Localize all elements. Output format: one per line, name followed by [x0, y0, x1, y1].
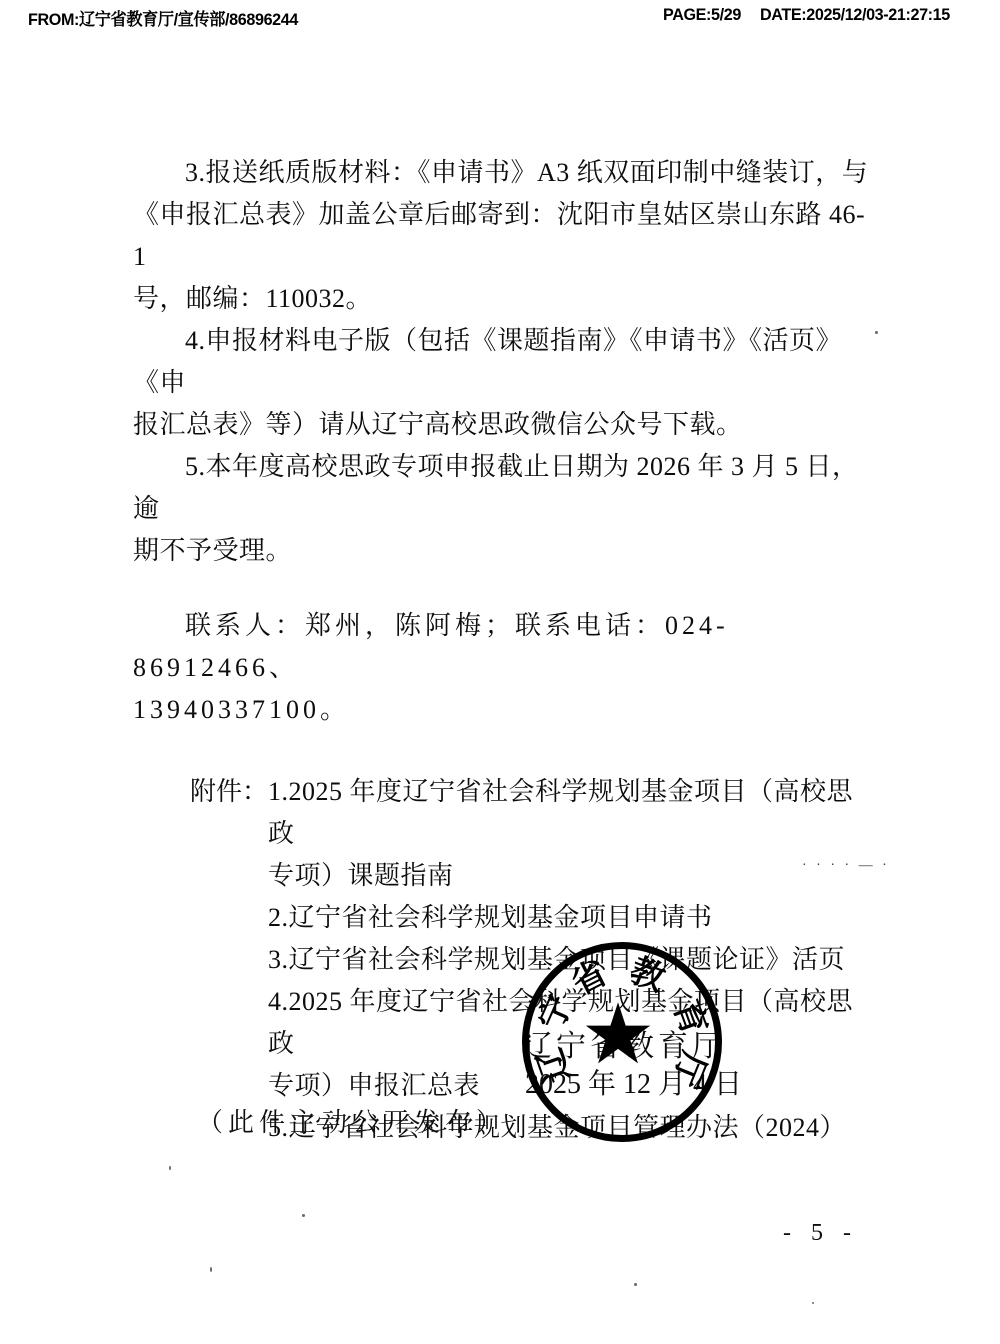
paragraph-contact-info: 联系人：郑州，陈阿梅；联系电话：024-86912466、 1394033710…: [133, 605, 872, 731]
scan-speck: [169, 1166, 171, 1170]
scan-speck: [302, 1214, 305, 1217]
attachment-item-1: 1.2025 年度辽宁省社会科学规划基金项目（高校思政 专项）课题指南: [268, 771, 872, 897]
paragraph-deadline: 5.本年度高校思政专项申报截止日期为 2026 年 3 月 5 日，逾 期不予受…: [133, 446, 872, 572]
scan-speck: [875, 331, 878, 334]
attachments-block: 附件： 1.2025 年度辽宁省社会科学规划基金项目（高校思政 专项）课题指南 …: [133, 771, 872, 1149]
fax-datetime: DATE:2025/12/03-21:27:15: [760, 5, 950, 25]
scan-speck: [634, 1283, 637, 1286]
blank-line: [133, 731, 872, 771]
scan-speck: [210, 1267, 212, 1272]
attachments-label: 附件：: [190, 771, 268, 1149]
public-release-note: （此件主动公开发布）: [197, 1102, 507, 1139]
paragraph-mailing-instructions: 3.报送纸质版材料：《申请书》A3 纸双面印制中缝装订，与 《申报汇总表》加盖公…: [133, 152, 872, 320]
star-icon: ★: [576, 992, 660, 1076]
blank-line: [133, 572, 872, 605]
fax-page-indicator: PAGE:5/29: [663, 5, 741, 25]
scan-artifact-dashes: · · · · — ·: [802, 858, 912, 874]
paragraph-electronic-materials: 4.申报材料电子版（包括《课题指南》《申请书》《活页》《申 报汇总表》等）请从辽…: [133, 320, 872, 446]
page-number: - 5 -: [783, 1220, 858, 1247]
scan-speck: [812, 1302, 814, 1304]
fax-document-page: FROM:辽宁省教育厅/宣传部/86896244 PAGE:5/29 DATE:…: [0, 0, 1000, 1344]
attachment-item-2: 2.辽宁省社会科学规划基金项目申请书: [268, 897, 872, 939]
document-body: 3.报送纸质版材料：《申请书》A3 纸双面印制中缝装订，与 《申报汇总表》加盖公…: [133, 152, 872, 1149]
fax-from-line: FROM:辽宁省教育厅/宣传部/86896244: [28, 5, 298, 30]
